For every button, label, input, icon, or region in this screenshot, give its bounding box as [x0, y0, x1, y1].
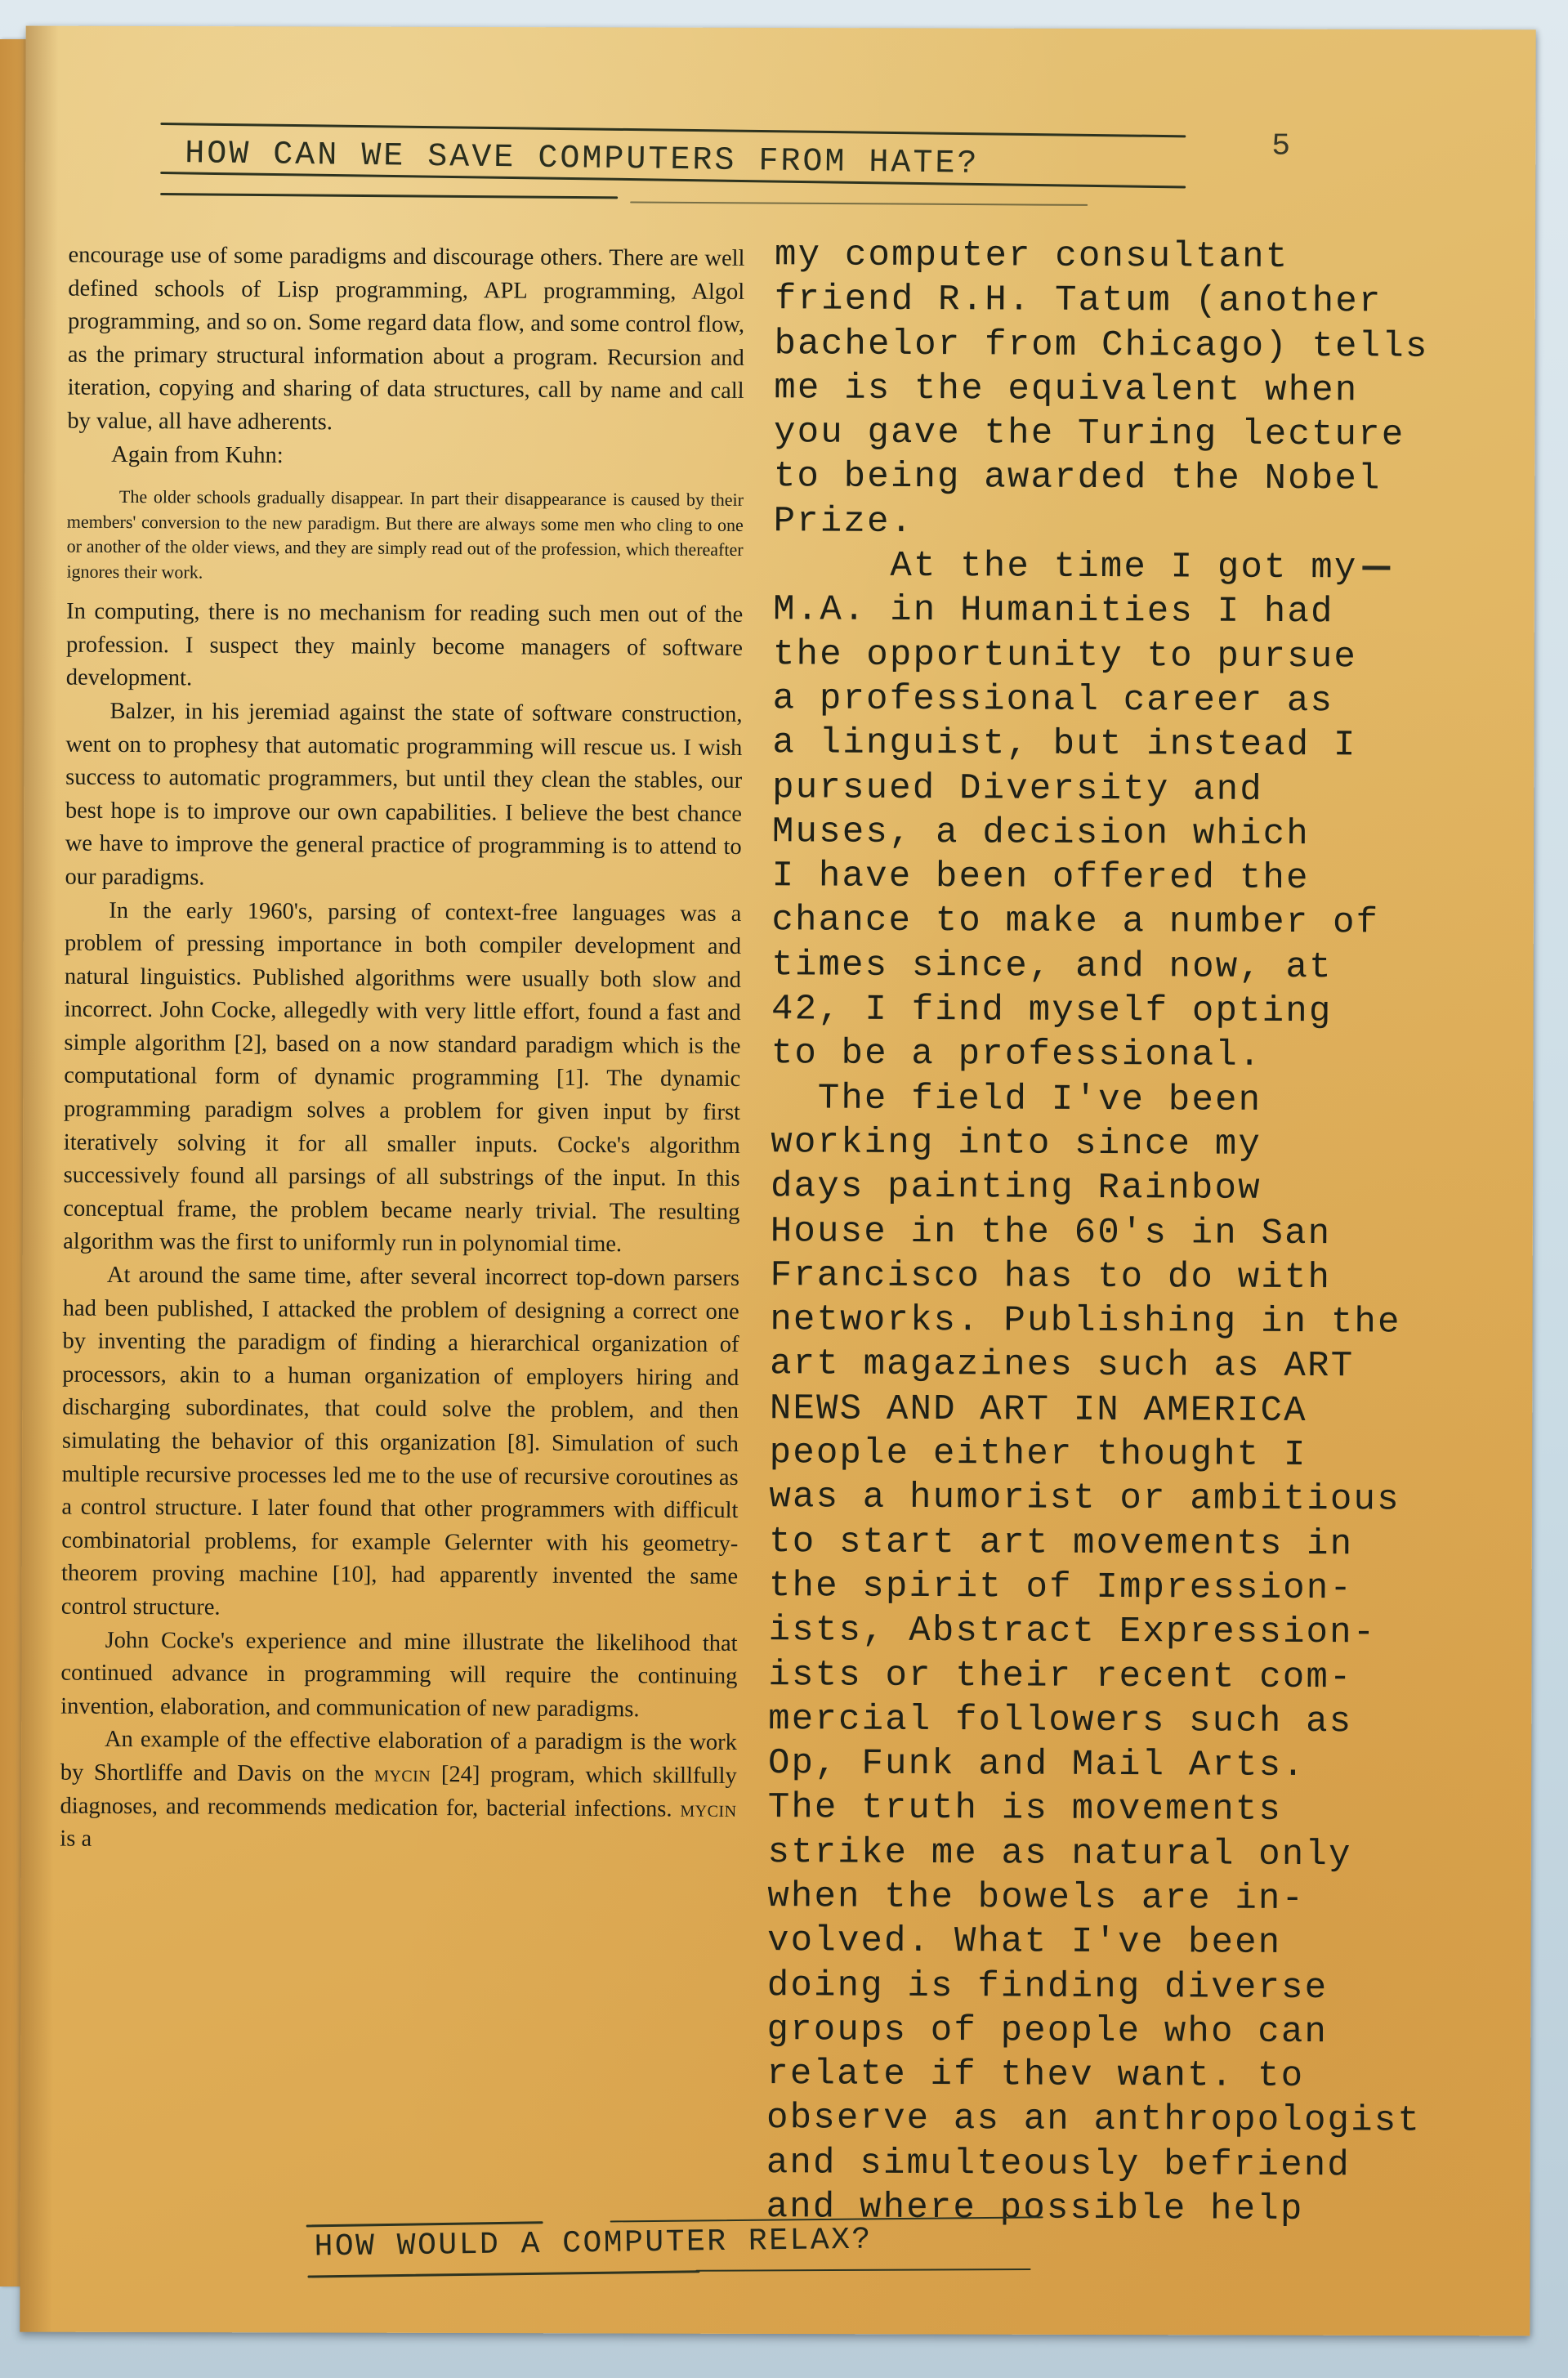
block-quote: The older schools gradually disappear. I…	[66, 485, 744, 588]
typewriter-line: friend R.H. Tatum (another	[775, 277, 1510, 324]
typewriter-line: The truth is movements	[768, 1786, 1503, 1834]
typewriter-line: when the bowels are in-	[767, 1875, 1503, 1922]
header-rule-short-2	[630, 202, 1088, 206]
page-header: HOW CAN WE SAVE COMPUTERS FROM HATE?	[160, 116, 1214, 118]
typewriter-line: observe as an anthropologist	[766, 2097, 1502, 2144]
typewriter-line: art magazines such as ART	[770, 1343, 1505, 1390]
typewriter-line: days painting Rainbow	[771, 1164, 1506, 1212]
footer-rule-bottom-right	[696, 2268, 1031, 2272]
typewriter-line: networks. Publishing in the	[770, 1298, 1505, 1345]
footer-rule-bottom	[307, 2270, 699, 2277]
typewriter-line: I have been offered the	[772, 854, 1508, 901]
header-rule-short-1	[160, 193, 618, 199]
typewriter-line: to start art movements in	[769, 1520, 1504, 1567]
typewriter-line: volved. What I've been	[767, 1919, 1503, 1966]
page-number: 5	[1271, 129, 1290, 164]
typewriter-line: Op, Funk and Mail Arts.	[768, 1741, 1503, 1789]
typewriter-line: M.A. in Humanities I had	[773, 588, 1508, 636]
typewriter-line: doing is finding diverse	[767, 1964, 1503, 2011]
paragraph: Again from Kuhn:	[67, 438, 744, 475]
margin-dash-mark	[1362, 565, 1390, 570]
typewriter-line: was a humorist or ambitious	[769, 1476, 1504, 1523]
typewriter-line: you gave the Turing lecture	[774, 410, 1509, 458]
typewriter-line: Muses, a decision which	[772, 810, 1508, 857]
header-rule-top	[160, 123, 1186, 137]
typewriter-line: and simulteously befriend	[766, 2141, 1502, 2188]
typewriter-line: the opportunity to pursue	[773, 632, 1508, 680]
right-column-typewriter: my computer consultantfriend R.H. Tatum …	[766, 233, 1511, 2233]
typewriter-line: NEWS AND ART IN AMERICA	[770, 1387, 1505, 1434]
typewriter-line: Francisco has to do with	[770, 1254, 1505, 1301]
typewriter-line: me is the equivalent when	[774, 366, 1509, 413]
paragraph: Balzer, in his jeremiad against the stat…	[65, 695, 742, 898]
typewriter-line: groups of people who can	[766, 2008, 1502, 2055]
spine-shadow	[20, 26, 58, 2332]
typewriter-line: the spirit of Impression-	[769, 1564, 1504, 1611]
program-name: MYCIN	[374, 1762, 431, 1787]
paragraph: encourage use of some paradigms and disc…	[67, 239, 744, 442]
typewriter-line: working into since my	[771, 1120, 1506, 1168]
typewriter-line: my computer consultant	[775, 233, 1510, 280]
typewriter-line: ists, Abstract Expression-	[769, 1608, 1504, 1656]
typewriter-line: to being awarded the Nobel	[774, 455, 1509, 503]
typewriter-line: 42, I find myself opting	[771, 987, 1507, 1035]
typewriter-line: to be a professional.	[771, 1032, 1507, 1079]
typewriter-line: House in the 60's in San	[771, 1209, 1506, 1257]
text-run: is a	[60, 1826, 92, 1852]
typewriter-line: mercial followers such as	[768, 1697, 1503, 1745]
typewriter-line: ists or their recent com-	[768, 1653, 1503, 1701]
typewriter-line: relate if thev want. to	[766, 2052, 1502, 2099]
typewriter-line: Prize.	[774, 499, 1509, 547]
typewriter-line: bachelor from Chicago) tells	[774, 322, 1509, 369]
footer-rule-top-right	[610, 2216, 1043, 2222]
quote-text: The older schools gradually disappear. I…	[66, 485, 744, 588]
program-name: MYCIN	[680, 1796, 736, 1821]
typewriter-line: times since, and now, at	[771, 943, 1507, 990]
typewriter-line: people either thought I	[770, 1431, 1505, 1478]
paragraph: An example of the effective elaboration …	[60, 1723, 737, 1860]
page-footer: HOW WOULD A COMPUTER RELAX?	[291, 2200, 1051, 2300]
paragraph: In computing, there is no mechanism for …	[66, 596, 744, 699]
paragraph: At around the same time, after several i…	[61, 1259, 739, 1628]
typewriter-line: pursued Diversity and	[772, 766, 1508, 813]
paragraph: In the early 1960's, parsing of context-…	[63, 894, 741, 1263]
typewriter-line: a professional career as	[773, 677, 1508, 724]
footer-rule-top-left	[306, 2221, 543, 2227]
typewriter-line: strike me as natural only	[767, 1830, 1503, 1878]
typewriter-line: chance to make a number of	[771, 899, 1507, 946]
typewriter-line: At the time I got my	[773, 543, 1508, 591]
typewriter-line: a linguist, but instead I	[772, 721, 1508, 768]
typewriter-line: The field I've been	[771, 1076, 1506, 1124]
page-footer-title: HOW WOULD A COMPUTER RELAX?	[314, 2223, 873, 2265]
paragraph: John Cocke's experience and mine illustr…	[60, 1624, 738, 1727]
zine-page: HOW CAN WE SAVE COMPUTERS FROM HATE? 5 e…	[20, 26, 1535, 2336]
left-column-article: encourage use of some paradigms and disc…	[60, 239, 744, 1860]
